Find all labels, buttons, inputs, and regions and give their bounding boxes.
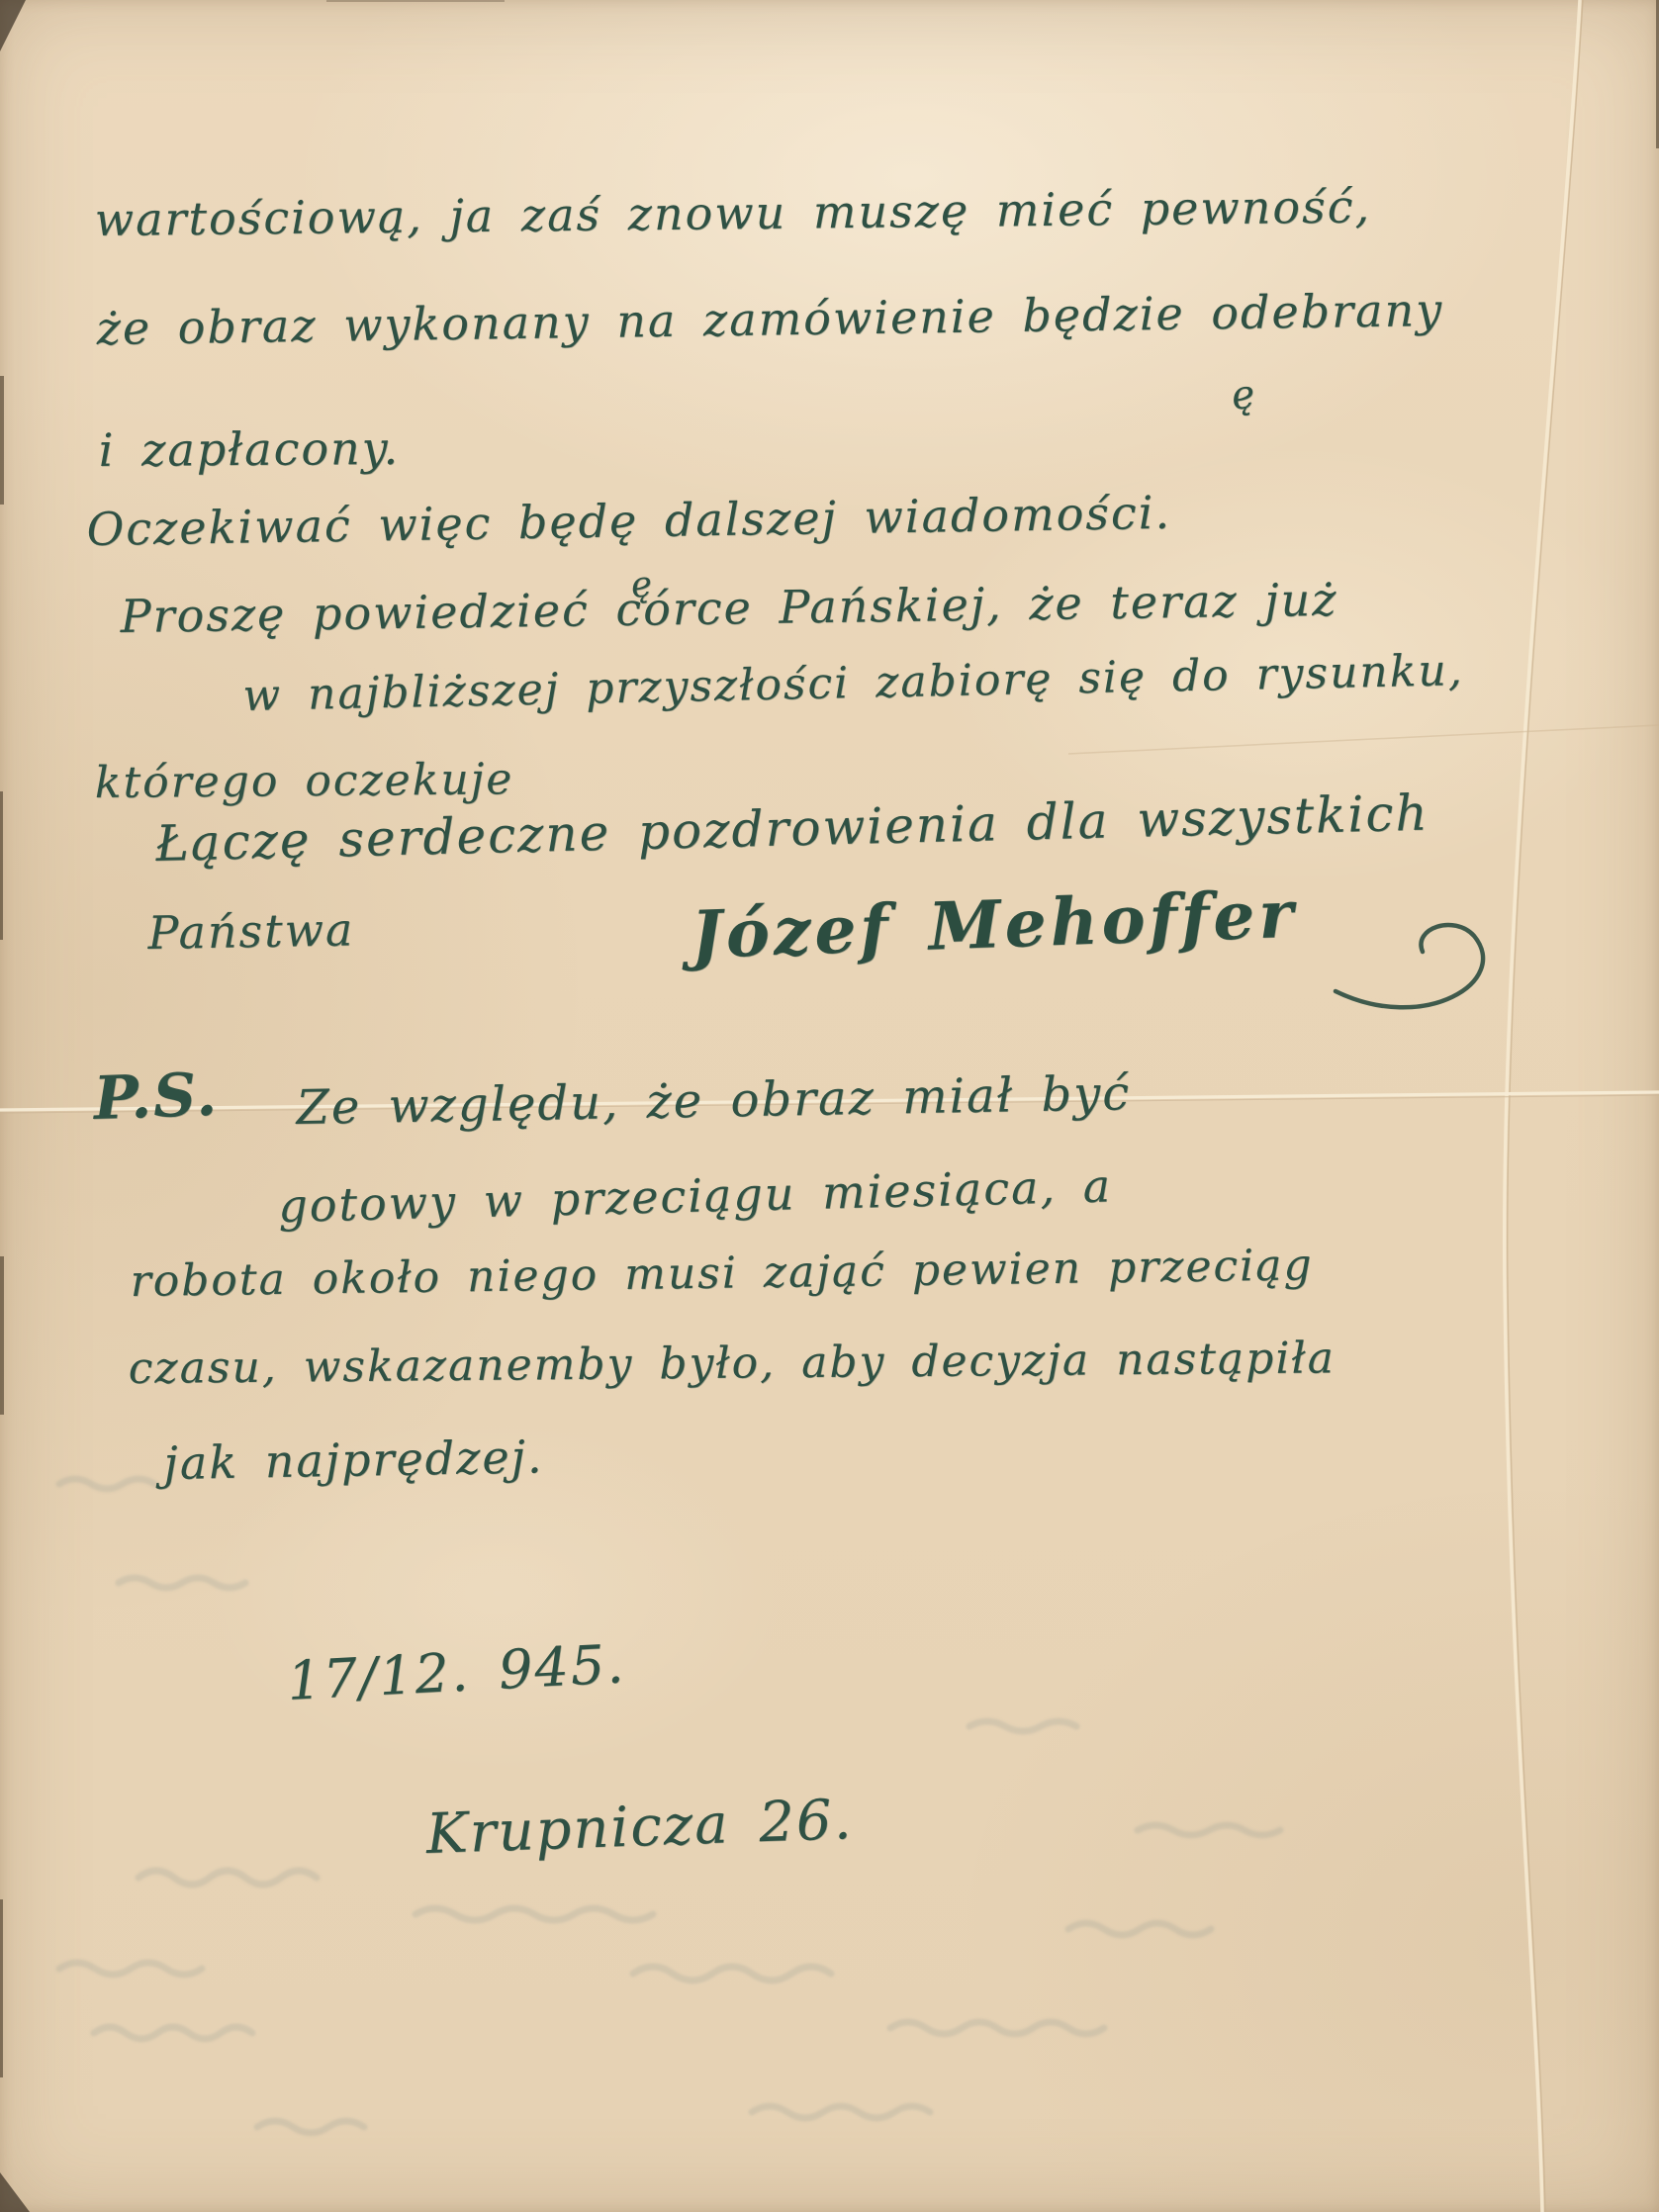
letter-date: 17/12. 945. — [286, 1632, 627, 1712]
signature: Józef Mehoffer — [690, 876, 1298, 973]
scan-edge-left-3 — [0, 1256, 4, 1415]
fold-crease-minor — [1068, 725, 1659, 754]
scan-edge-corner-bottomleft — [0, 2172, 30, 2212]
letter-line: i zapłacony. — [99, 421, 401, 477]
letter-line: że obraz wykonany na zamówienie będzie o… — [96, 283, 1443, 355]
postscript-line: gotowy w przeciągu miesiąca, a — [278, 1158, 1113, 1233]
postscript-line: czasu, wskazanemby było, aby decyzja nas… — [129, 1333, 1336, 1394]
letter-page: wartościową, ja zaś znowu muszę mieć pew… — [0, 0, 1659, 2212]
letter-line: którego oczekuje — [95, 754, 514, 808]
letter-address: Krupnicza 26. — [425, 1788, 855, 1867]
letter-line: Proszę powiedzieć córce Pańskiej, że ter… — [120, 573, 1338, 643]
letter-line: wartościową, ja zaś znowu muszę mieć pew… — [94, 179, 1371, 246]
scan-edge-left-4 — [0, 1899, 3, 2077]
scan-edge-left-1 — [0, 376, 4, 505]
scan-edge-corner-topleft — [0, 0, 26, 51]
letter-line: Oczekiwać więc będę dalszej wiadomości. — [86, 486, 1171, 556]
closing-line: Państwa — [147, 902, 355, 960]
postscript-line: Ze względu, że obraz miał być — [296, 1065, 1132, 1136]
postscript-line: jak najprędzej. — [163, 1429, 544, 1490]
fold-crease-vertical — [1505, 0, 1583, 2212]
inline-correction: ę — [1229, 371, 1260, 419]
postscript-line: robota około niego musi zająć pewien prz… — [130, 1240, 1314, 1307]
postscript-label: P.S. — [93, 1060, 221, 1134]
scan-edge-top — [326, 0, 505, 2]
signature-flourish — [1336, 925, 1483, 1007]
letter-line: w najbliższej przyszłości zabiorę się do… — [242, 645, 1464, 721]
scan-edge-left-2 — [0, 791, 3, 940]
